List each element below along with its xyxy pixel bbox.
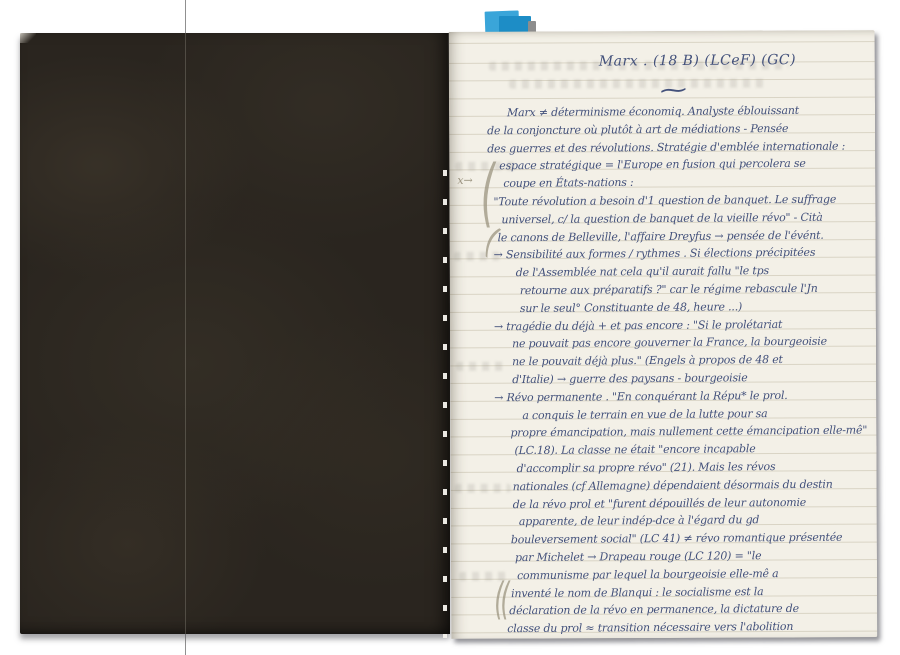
handwritten-line: → Sensibilité aux formes / rythmes . Si … bbox=[494, 246, 816, 262]
right-page-ruled: Marx . (18 B) (LCeF) (GC) ~ x→ ( ( (( Ma… bbox=[449, 30, 878, 639]
handwritten-line: le canons de Belleville, l'affaire Dreyf… bbox=[498, 228, 824, 244]
handwritten-line: des guerres et des révolutions. Stratégi… bbox=[487, 139, 845, 155]
handwritten-line: bouleversement social" (LC 41) ≠ révo ro… bbox=[511, 531, 843, 547]
handwritten-line: (LC.18). La classe ne était "encore inca… bbox=[514, 442, 755, 457]
corner-wear bbox=[20, 33, 36, 43]
ink-bleedthrough bbox=[456, 362, 508, 371]
ink-bleedthrough bbox=[509, 79, 769, 89]
spine-stitching bbox=[443, 170, 447, 638]
handwritten-line: Marx ≠ déterminisme économiq. Analyste é… bbox=[507, 104, 799, 119]
handwritten-line: déclaration de la révo en permanence, la… bbox=[509, 602, 799, 617]
ink-bleedthrough bbox=[455, 484, 511, 493]
handwritten-line: → Révo permanente . "En conquérant la Ré… bbox=[494, 389, 787, 404]
pencil-double-paren-mark: (( bbox=[494, 574, 507, 625]
handwritten-line: inventé le nom de Blanqui : le socialism… bbox=[511, 585, 763, 600]
handwritten-line: propre émancipation, mais nullement cett… bbox=[510, 424, 867, 440]
handwritten-line: nationales (cf Allemagne) dépendaient dé… bbox=[513, 478, 833, 494]
handwritten-line: ne pouvait pas encore gouverner la Franc… bbox=[512, 335, 827, 350]
handwritten-line: d'Italie) → guerre des paysans - bourgeo… bbox=[512, 371, 747, 386]
fold-crease-bottom bbox=[185, 634, 186, 655]
handwritten-line: apparente, de leur indép-dce à l'égard d… bbox=[519, 514, 760, 529]
handwritten-line: ne le pouvait déjà plus." (Engels à prop… bbox=[512, 353, 783, 368]
handwritten-line: de la conjoncture où plutôt à art de méd… bbox=[487, 122, 788, 137]
handwritten-line: retourne aux préparatifs ?" car le régim… bbox=[520, 282, 818, 297]
handwritten-line: universel, c/ la question de banquet de … bbox=[501, 211, 822, 227]
handwritten-line: communisme par lequel la bourgeoisie ell… bbox=[517, 567, 779, 582]
fold-crease-middle bbox=[185, 33, 186, 634]
handwritten-line: classe du prol ≈ transition nécessaire v… bbox=[507, 620, 793, 635]
handwritten-line: → tragédie du déjà + et pas encore : "Si… bbox=[494, 318, 782, 333]
handwritten-line: sur le seul° Constituante de 48, heure .… bbox=[520, 300, 742, 315]
handwritten-line: "Toute révolution a besoin d'1 question … bbox=[493, 193, 836, 209]
handwritten-line: de l'Assemblée nat cela qu'il aurait fal… bbox=[516, 264, 769, 279]
handwritten-line: de la révo prol et "furent dépouillés de… bbox=[513, 495, 806, 510]
left-page-black-cover bbox=[20, 33, 450, 634]
handwritten-line: coupe en États-nations : bbox=[503, 176, 633, 190]
page-title: Marx . (18 B) (LCeF) (GC) bbox=[599, 52, 796, 70]
fold-crease-top bbox=[185, 0, 186, 33]
handwritten-line: par Michelet → Drapeau rouge (LC 120) = … bbox=[515, 549, 761, 564]
pencil-x-arrow-mark: x→ bbox=[457, 174, 472, 187]
handwritten-line: d'accomplir sa propre révo" (21). Mais l… bbox=[517, 460, 776, 475]
notebook-photo: Marx . (18 B) (LCeF) (GC) ~ x→ ( ( (( Ma… bbox=[0, 0, 900, 655]
handwritten-line: a conquis le terrain en vue de la lutte … bbox=[522, 407, 767, 422]
title-flourish: ~ bbox=[655, 76, 690, 104]
handwritten-line: espace stratégique = l'Europe en fusion … bbox=[499, 157, 805, 172]
